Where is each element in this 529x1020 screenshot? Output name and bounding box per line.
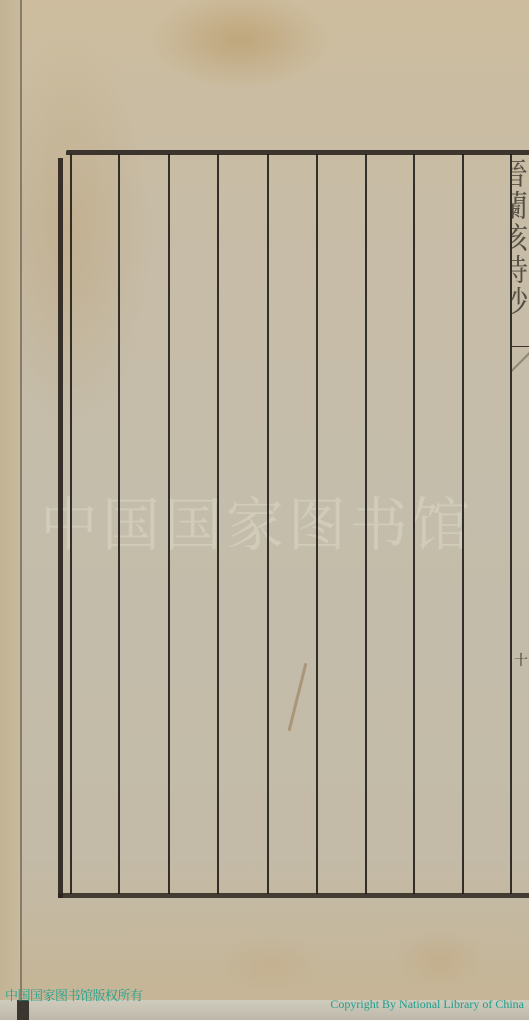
page-number-mark: 十 [514, 650, 528, 670]
book-page: 中国国家图书馆 晉蘭陔詩鈔 十 [0, 0, 529, 1000]
fishtail-mark [512, 346, 529, 377]
grid-border-bottom [58, 893, 529, 898]
grid-border-top [66, 150, 529, 155]
column-rule [413, 154, 415, 894]
copyright-english: Copyright By National Library of China [330, 997, 524, 1012]
grid-border-left [58, 158, 63, 898]
column-rule [267, 154, 269, 894]
column-rule [462, 154, 464, 894]
column-rule [316, 154, 318, 894]
column-rule [70, 154, 72, 894]
column-rule [217, 154, 219, 894]
ruled-grid-frame [58, 150, 529, 900]
book-title-margin: 晉蘭陔詩鈔 [512, 158, 529, 348]
page-fold-line [20, 0, 22, 1000]
previous-page-edge [0, 0, 22, 1000]
column-rule [118, 154, 120, 894]
column-rule [365, 154, 367, 894]
copyright-chinese: 中国国家图书馆版权所有 [5, 985, 143, 1004]
column-rule [168, 154, 170, 894]
